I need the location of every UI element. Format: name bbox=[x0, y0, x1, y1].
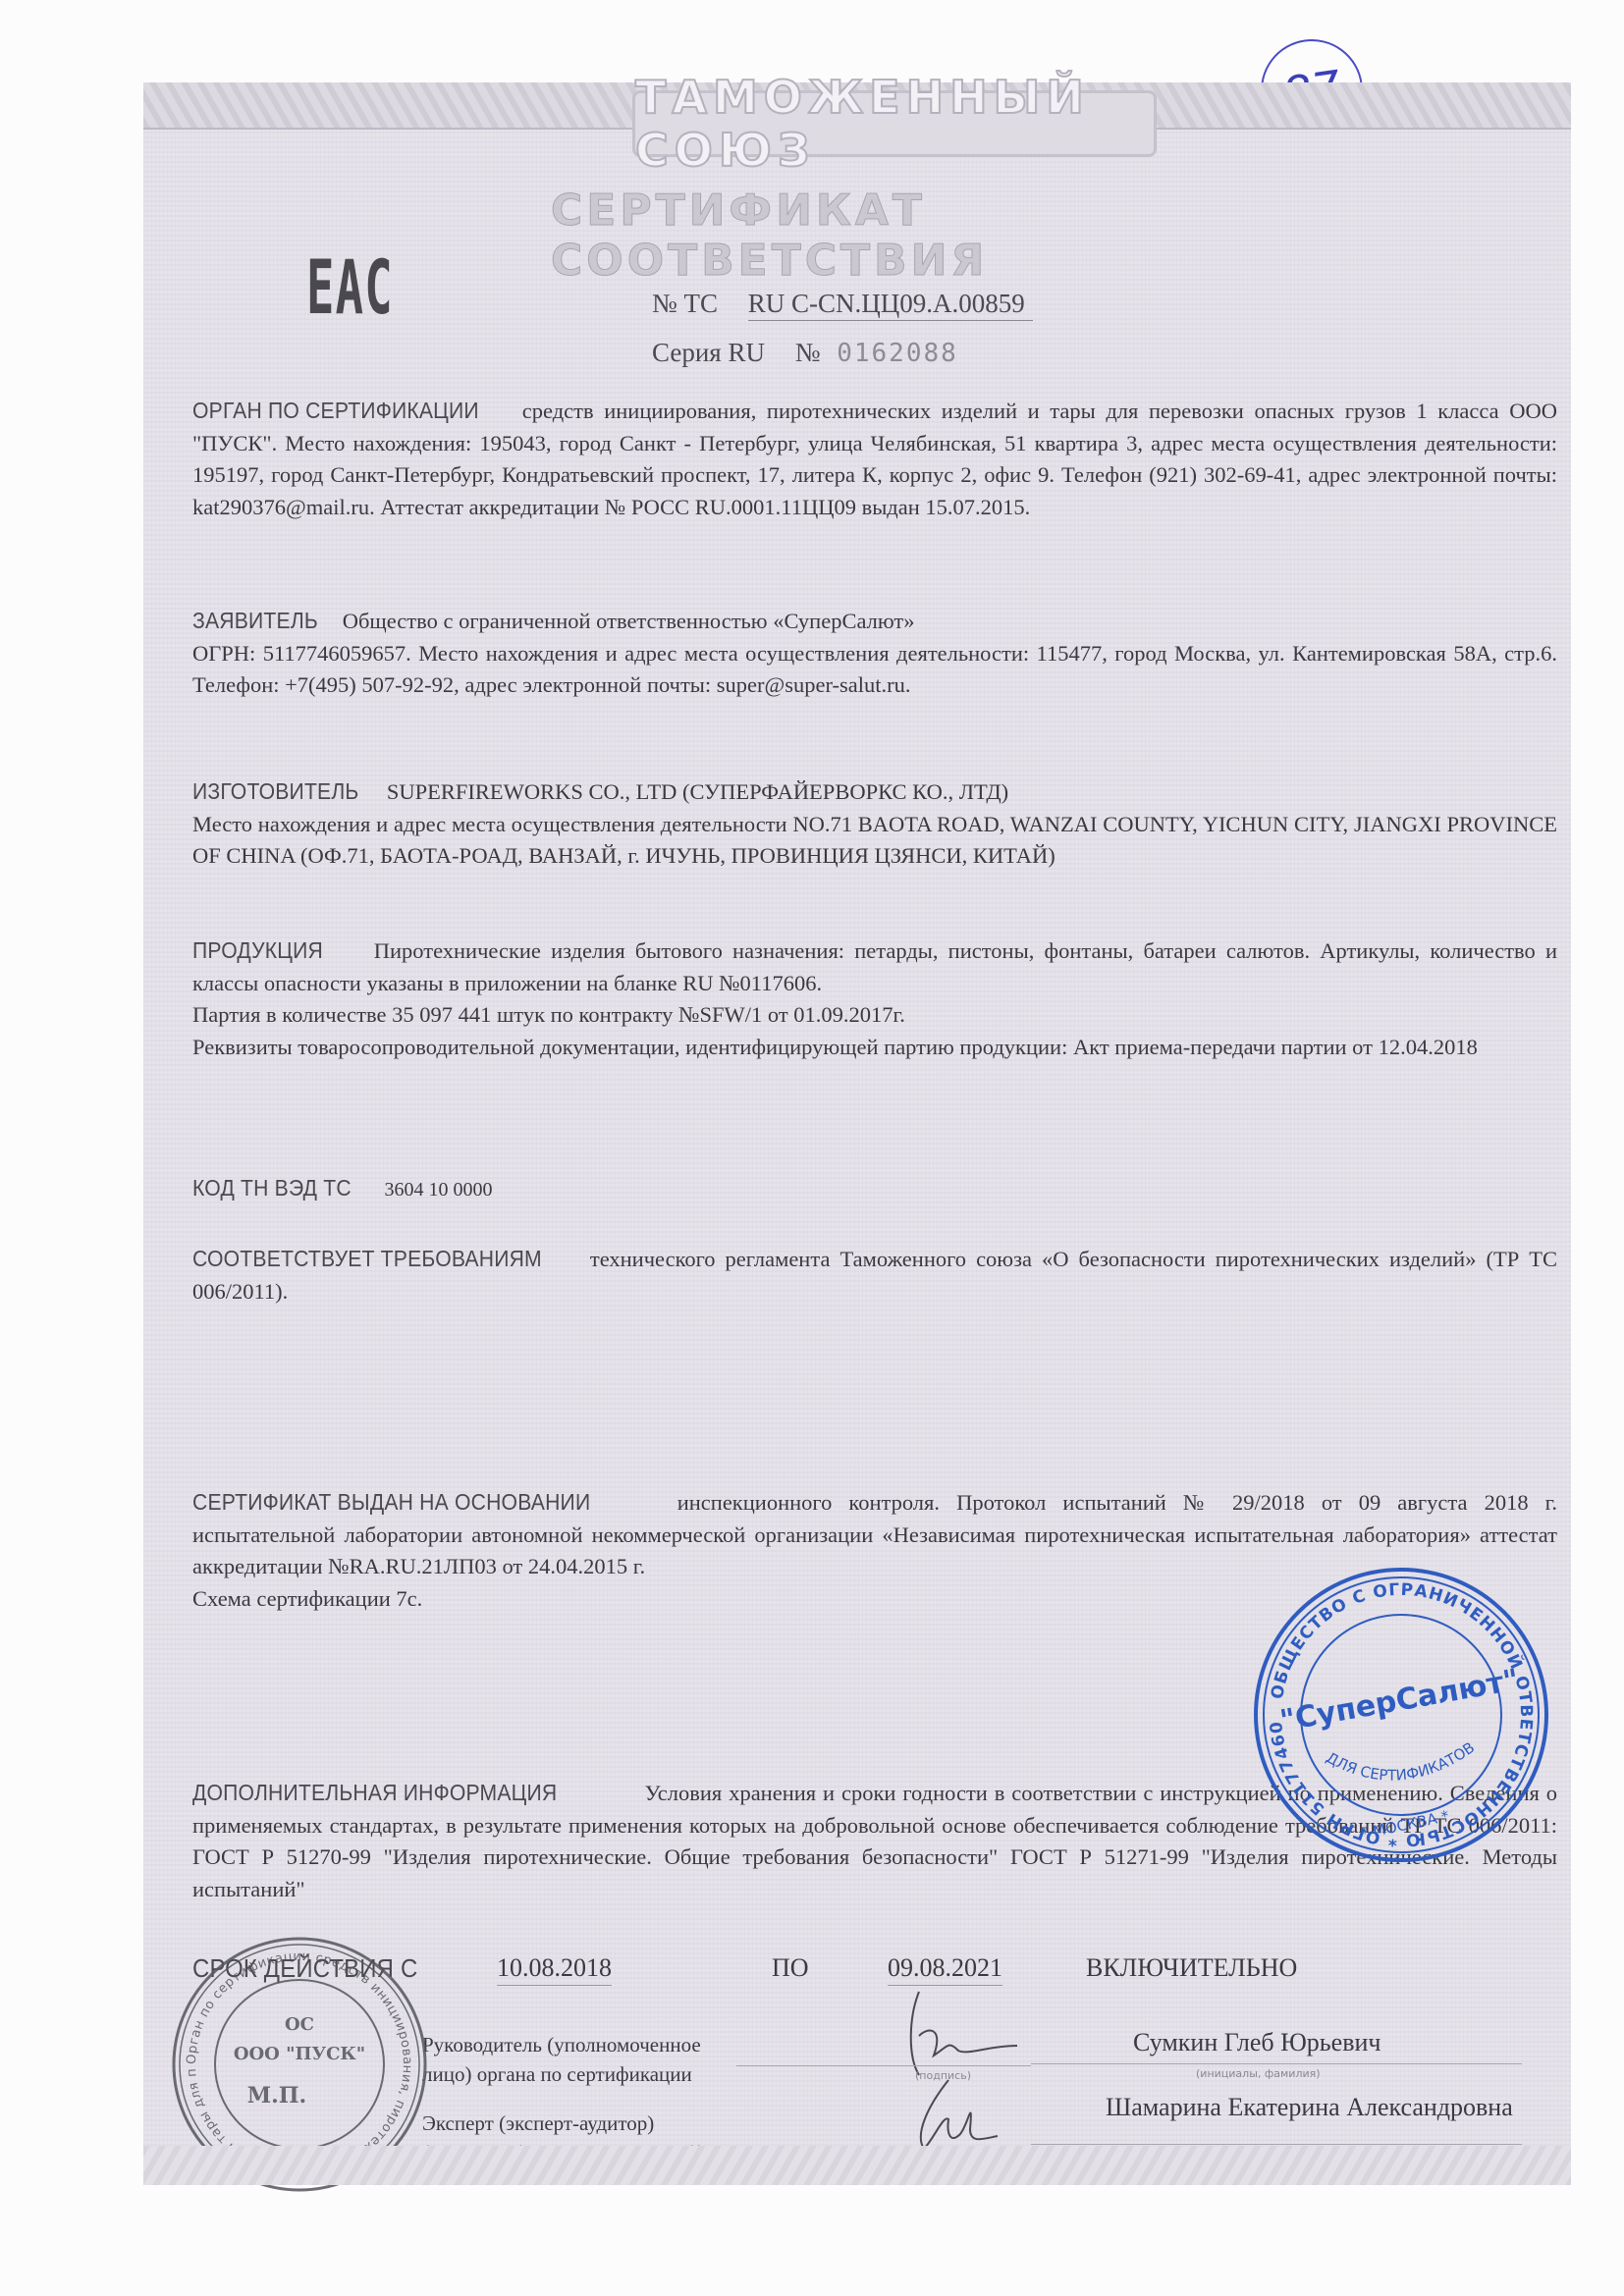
applicant-name: Общество с ограниченной ответственностью… bbox=[343, 609, 915, 633]
applicant-stamp-center: "СуперСалют" bbox=[1277, 1663, 1522, 1738]
applicant-heading: ЗАЯВИТЕЛЬ bbox=[192, 605, 318, 637]
product-heading: ПРОДУКЦИЯ bbox=[192, 934, 323, 967]
expert-name: Шамарина Екатерина Александровна bbox=[1106, 2093, 1513, 2122]
body-stamp-line3: М.П. bbox=[247, 2083, 306, 2109]
series-label: Серия RU bbox=[652, 338, 765, 367]
product-batch: Партия в количестве 35 097 441 штук по к… bbox=[192, 999, 1557, 1032]
section-compliance: СООТВЕТСТВУЕТ ТРЕБОВАНИЯМ технического р… bbox=[192, 1243, 1557, 1308]
bottom-decorative-band bbox=[143, 2146, 1571, 2185]
tn-ved-heading: КОД ТН ВЭД ТС bbox=[192, 1172, 352, 1204]
section-certification-body: ОРГАН ПО СЕРТИФИКАЦИИ средств инициирова… bbox=[192, 395, 1557, 523]
manufacturer-name: SUPERFIREWORKS CO., LTD (СУПЕРФАЙЕРВОРКС… bbox=[387, 779, 1008, 804]
expert-role-line1: Эксперт (эксперт-аудитор) bbox=[422, 2109, 654, 2138]
serial-number: 0162088 bbox=[837, 339, 958, 368]
expert-name-line bbox=[1031, 2144, 1522, 2145]
manufacturer-heading: ИЗГОТОВИТЕЛЬ bbox=[192, 775, 358, 808]
validity-from: 10.08.2018 bbox=[497, 1953, 612, 1986]
basis-heading: СЕРТИФИКАТ ВЫДАН НА ОСНОВАНИИ bbox=[192, 1486, 590, 1519]
head-role: Руководитель (уполномоченное лицо) орган… bbox=[422, 2030, 736, 2089]
svg-text:ДЛЯ СЕРТИФИКАТОВ: ДЛЯ СЕРТИФИКАТОВ bbox=[1324, 1738, 1479, 1784]
head-name: Сумкин Глеб Юрьевич bbox=[1133, 2028, 1380, 2057]
registration-line: № ТС RU C-CN.ЦЦ09.А.00859 bbox=[652, 289, 1033, 319]
serial-label: № bbox=[795, 338, 821, 367]
section-manufacturer: ИЗГОТОВИТЕЛЬ SUPERFIREWORKS CO., LTD (СУ… bbox=[192, 775, 1557, 873]
product-documents: Реквизиты товаросопроводительной докумен… bbox=[192, 1032, 1557, 1064]
tn-ved-code: 3604 10 0000 bbox=[385, 1179, 493, 1201]
certificate-title: СЕРТИФИКАТ СООТВЕТСТВИЯ bbox=[551, 208, 1228, 263]
validity-suffix: ВКЛЮЧИТЕЛЬНО bbox=[1086, 1953, 1297, 1983]
body-stamp-line1: ОС bbox=[285, 2014, 314, 2035]
registration-label: № ТС bbox=[652, 289, 718, 318]
applicant-stamp-lower-text: ДЛЯ СЕРТИФИКАТОВ bbox=[1324, 1738, 1479, 1784]
section-product: ПРОДУКЦИЯ Пиротехнические изделия бытово… bbox=[192, 934, 1557, 1063]
registration-number: RU C-CN.ЦЦ09.А.00859 bbox=[748, 289, 1033, 321]
certificate-sheet: ТАМОЖЕННЫЙ СОЮЗ СЕРТИФИКАТ СООТВЕТСТВИЯ … bbox=[143, 82, 1571, 2185]
head-signature-line bbox=[736, 2065, 1031, 2066]
additional-info-heading: ДОПОЛНИТЕЛЬНАЯ ИНФОРМАЦИЯ bbox=[192, 1777, 557, 1809]
validity-to-label: ПО bbox=[772, 1953, 809, 1983]
applicant-stamp: ОБЩЕСТВО С ОГРАНИЧЕННОЙ ОТВЕТСТВЕННОСТЬЮ… bbox=[1249, 1563, 1553, 1867]
compliance-heading: СООТВЕТСТВУЕТ ТРЕБОВАНИЯМ bbox=[192, 1243, 542, 1275]
manufacturer-text: Место нахождения и адрес места осуществл… bbox=[192, 809, 1557, 873]
product-text: Пиротехнические изделия бытового назначе… bbox=[192, 938, 1557, 995]
certification-body-heading: ОРГАН ПО СЕРТИФИКАЦИИ bbox=[192, 395, 479, 427]
section-tn-ved: КОД ТН ВЭД ТС 3604 10 0000 bbox=[192, 1172, 1557, 1206]
union-title: ТАМОЖЕННЫЙ СОЮЗ bbox=[632, 90, 1157, 157]
series-line: Серия RU № 0162088 bbox=[652, 338, 958, 368]
eac-logo-icon: ЕАС bbox=[306, 243, 394, 331]
applicant-text: ОГРН: 5117746059657. Место нахождения и … bbox=[192, 638, 1557, 702]
head-name-caption: (инициалы, фамилия) bbox=[1196, 2067, 1321, 2080]
body-stamp-line2: ООО "ПУСК" bbox=[234, 2044, 365, 2064]
section-applicant: ЗАЯВИТЕЛЬ Общество с ограниченной ответс… bbox=[192, 605, 1557, 702]
head-name-line bbox=[1031, 2063, 1522, 2064]
validity-to: 09.08.2021 bbox=[888, 1953, 1002, 1986]
